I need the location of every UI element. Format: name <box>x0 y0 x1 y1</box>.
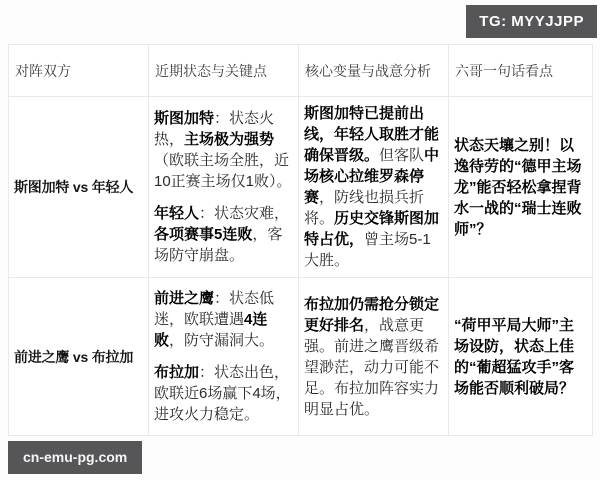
analysis-cell: 布拉加仍需抢分锁定更好排名，战意更强。前进之鹰晋级希望渺茫，动力可能不足。布拉加… <box>299 278 449 436</box>
paragraph: 布拉加：状态出色，欧联近6场赢下4场，进攻火力稳定。 <box>154 362 292 425</box>
analysis-cell: 斯图加特已提前出线，年轻人取胜才能确保晋级。但客队中场核心拉维罗森停赛，防线也损… <box>299 97 449 278</box>
table-header: 对阵双方 近期状态与关键点 核心变量与战意分析 六哥一句话看点 <box>9 45 593 97</box>
header-analysis: 核心变量与战意分析 <box>299 45 449 97</box>
header-matchup: 对阵双方 <box>9 45 149 97</box>
table-body: 斯图加特 vs 年轻人 斯图加特：状态火热，主场极为强势（欧联主场全胜，近10正… <box>9 97 593 436</box>
highlight-cell: “荷甲平局大师”主场设防，状态上佳的“葡超猛攻手”客场能否顺利破局？ <box>449 278 593 436</box>
paragraph: “荷甲平局大师”主场设防，状态上佳的“葡超猛攻手”客场能否顺利破局？ <box>454 315 586 399</box>
page: TG: MYYJJPP 对阵双方 近期状态与关键点 核心变量与战意分析 六哥一句… <box>0 0 600 480</box>
recent-form-cell: 前进之鹰：状态低迷，欧联遭遇4连败，防守漏洞大。布拉加：状态出色，欧联近6场赢下… <box>149 278 299 436</box>
matchup-cell: 斯图加特 vs 年轻人 <box>9 97 149 278</box>
header-row: 对阵双方 近期状态与关键点 核心变量与战意分析 六哥一句话看点 <box>9 45 593 97</box>
matchup-cell: 前进之鹰 vs 布拉加 <box>9 278 149 436</box>
header-highlight: 六哥一句话看点 <box>449 45 593 97</box>
paragraph: 斯图加特：状态火热，主场极为强势（欧联主场全胜，近10正赛主场仅1败）。 <box>154 108 292 192</box>
highlight-cell: 状态天壤之别！以逸待劳的“德甲主场龙”能否轻松拿捏背水一战的“瑞士连败师”？ <box>449 97 593 278</box>
site-watermark: cn-emu-pg.com <box>8 441 142 474</box>
match-analysis-table: 对阵双方 近期状态与关键点 核心变量与战意分析 六哥一句话看点 斯图加特 vs … <box>8 44 593 436</box>
recent-form-cell: 斯图加特：状态火热，主场极为强势（欧联主场全胜，近10正赛主场仅1败）。年轻人：… <box>149 97 299 278</box>
paragraph: 状态天壤之别！以逸待劳的“德甲主场龙”能否轻松拿捏背水一战的“瑞士连败师”？ <box>454 135 586 240</box>
paragraph: 年轻人：状态灾难，各项赛事5连败，客场防守崩盘。 <box>154 203 292 266</box>
table-row: 斯图加特 vs 年轻人 斯图加特：状态火热，主场极为强势（欧联主场全胜，近10正… <box>9 97 593 278</box>
paragraph: 斯图加特已提前出线，年轻人取胜才能确保晋级。但客队中场核心拉维罗森停赛，防线也损… <box>304 103 442 271</box>
telegram-badge: TG: MYYJJPP <box>466 5 597 38</box>
paragraph: 前进之鹰：状态低迷，欧联遭遇4连败，防守漏洞大。 <box>154 288 292 351</box>
paragraph: 布拉加仍需抢分锁定更好排名，战意更强。前进之鹰晋级希望渺茫，动力可能不足。布拉加… <box>304 294 442 420</box>
header-recent-form: 近期状态与关键点 <box>149 45 299 97</box>
table-row: 前进之鹰 vs 布拉加 前进之鹰：状态低迷，欧联遭遇4连败，防守漏洞大。布拉加：… <box>9 278 593 436</box>
